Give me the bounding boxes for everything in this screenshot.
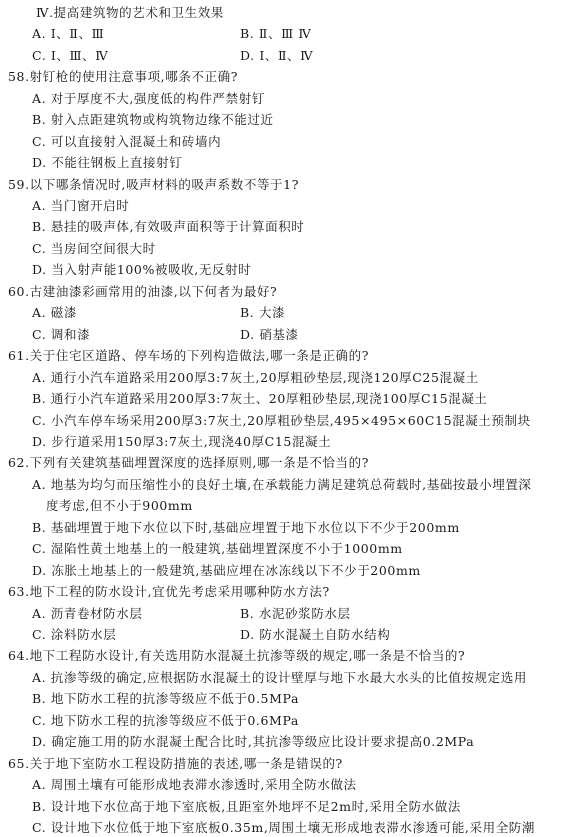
q58-option-d: D. 不能往钢板上直接射钉 (32, 155, 182, 171)
q60-option-b: B. 大漆 (240, 305, 285, 321)
q61-option-b: B. 通行小汽车道路采用200厚3:7灰土、20厚粗砂垫层,现浇100厚C15混… (32, 391, 488, 407)
q61-option-d: D. 步行道采用150厚3:7灰土,现浇40厚C15混凝土 (32, 434, 331, 450)
q61-option-c: C. 小汽车停车场采用200厚3:7灰土,20厚粗砂垫层,495×495×60C… (32, 413, 531, 429)
q58-option-a: A. 对于厚度不大,强度低的构件严禁射钉 (32, 91, 265, 107)
q57-option-c: C. Ⅰ、Ⅲ、Ⅳ (32, 48, 108, 64)
q59-option-b: B. 悬挂的吸声体,有效吸声面积等于计算面积时 (32, 219, 304, 235)
item-iv: Ⅳ.提高建筑物的艺术和卫生效果 (36, 5, 224, 21)
q65-option-b: B. 设计地下水位高于地下室底板,且距室外地坪不足2m时,采用全防水做法 (32, 799, 461, 815)
q64-option-b: B. 地下防水工程的抗渗等级应不低于0.5MPa (32, 691, 299, 707)
q60-option-a: A. 磁漆 (32, 305, 77, 321)
q64-stem: 64.地下工程防水设计,有关选用防水混凝土抗渗等级的规定,哪一条是不恰当的? (8, 648, 465, 664)
q62-option-a-cont: 度考虑,但不小于900mm (46, 498, 193, 514)
q62-option-d: D. 冻胀土地基上的一般建筑,基础应埋在冰冻线以下不少于200mm (32, 563, 421, 579)
q59-stem: 59.以下哪条情况时,吸声材料的吸声系数不等于1? (8, 177, 299, 193)
q65-stem: 65.关于地下室防水工程设防措施的表述,哪一条是错误的? (8, 756, 343, 772)
q59-option-a: A. 当门窗开启时 (32, 198, 129, 214)
q60-option-c: C. 调和漆 (32, 327, 90, 343)
q62-option-a: A. 地基为均匀而压缩性小的良好土壤,在承载能力满足建筑总荷载时,基础按最小埋置… (32, 477, 532, 493)
q63-option-d: D. 防水混凝土自防水结构 (240, 627, 390, 643)
q64-option-c: C. 地下防水工程的抗渗等级应不低于0.6MPa (32, 713, 299, 729)
q63-option-c: C. 涂料防水层 (32, 627, 116, 643)
q61-option-a: A. 通行小汽车道路采用200厚3:7灰土,20厚粗砂垫层,现浇120厚C25混… (32, 370, 479, 386)
q58-option-b: B. 射入点距建筑物或构筑物边缘不能过近 (32, 112, 274, 128)
q65-option-a: A. 周围土壤有可能形成地表滞水渗透时,采用全防水做法 (32, 777, 357, 793)
q62-stem: 62.下列有关建筑基础埋置深度的选择原则,哪一条是不恰当的? (8, 455, 369, 471)
q57-option-a: A. Ⅰ、Ⅱ、Ⅲ (32, 26, 104, 42)
q62-option-b: B. 基础埋置于地下水位以下时,基础应埋置于地下水位以下不少于200mm (32, 520, 460, 536)
q63-option-b: B. 水泥砂浆防水层 (240, 606, 351, 622)
q58-stem: 58.射钉枪的使用注意事项,哪条不正确? (8, 69, 238, 85)
q57-option-d: D. Ⅰ、Ⅱ、Ⅳ (240, 48, 313, 64)
q64-option-a: A. 抗渗等级的确定,应根据防水混凝土的设计壁厚与地下水最大水头的比值按规定选用 (32, 670, 527, 686)
q62-option-c: C. 湿陷性黄土地基上的一般建筑,基础埋置深度不小于1000mm (32, 541, 403, 557)
q61-stem: 61.关于住宅区道路、停车场的下列构造做法,哪一条是正确的? (8, 348, 369, 364)
q59-option-c: C. 当房间空间很大时 (32, 241, 156, 257)
q60-option-d: D. 硝基漆 (240, 327, 299, 343)
q64-option-d: D. 确定施工用的防水混凝土配合比时,其抗渗等级应比设计要求提高0.2MPa (32, 734, 474, 750)
q63-stem: 63.地下工程的防水设计,宜优先考虑采用哪种防水方法? (8, 584, 330, 600)
q58-option-c: C. 可以直接射入混凝土和砖墙内 (32, 134, 221, 150)
q63-option-a: A. 沥青卷材防水层 (32, 606, 142, 622)
q65-option-c: C. 设计地下水位低于地下室底板0.35m,周围土壤无形成地表滞水渗透可能,采用… (32, 820, 535, 836)
q57-option-b: B. Ⅱ、Ⅲ Ⅳ (240, 26, 311, 42)
q59-option-d: D. 当入射声能100%被吸收,无反射时 (32, 262, 251, 278)
q60-stem: 60.古建油漆彩画常用的油漆,以下何者为最好? (8, 284, 277, 300)
